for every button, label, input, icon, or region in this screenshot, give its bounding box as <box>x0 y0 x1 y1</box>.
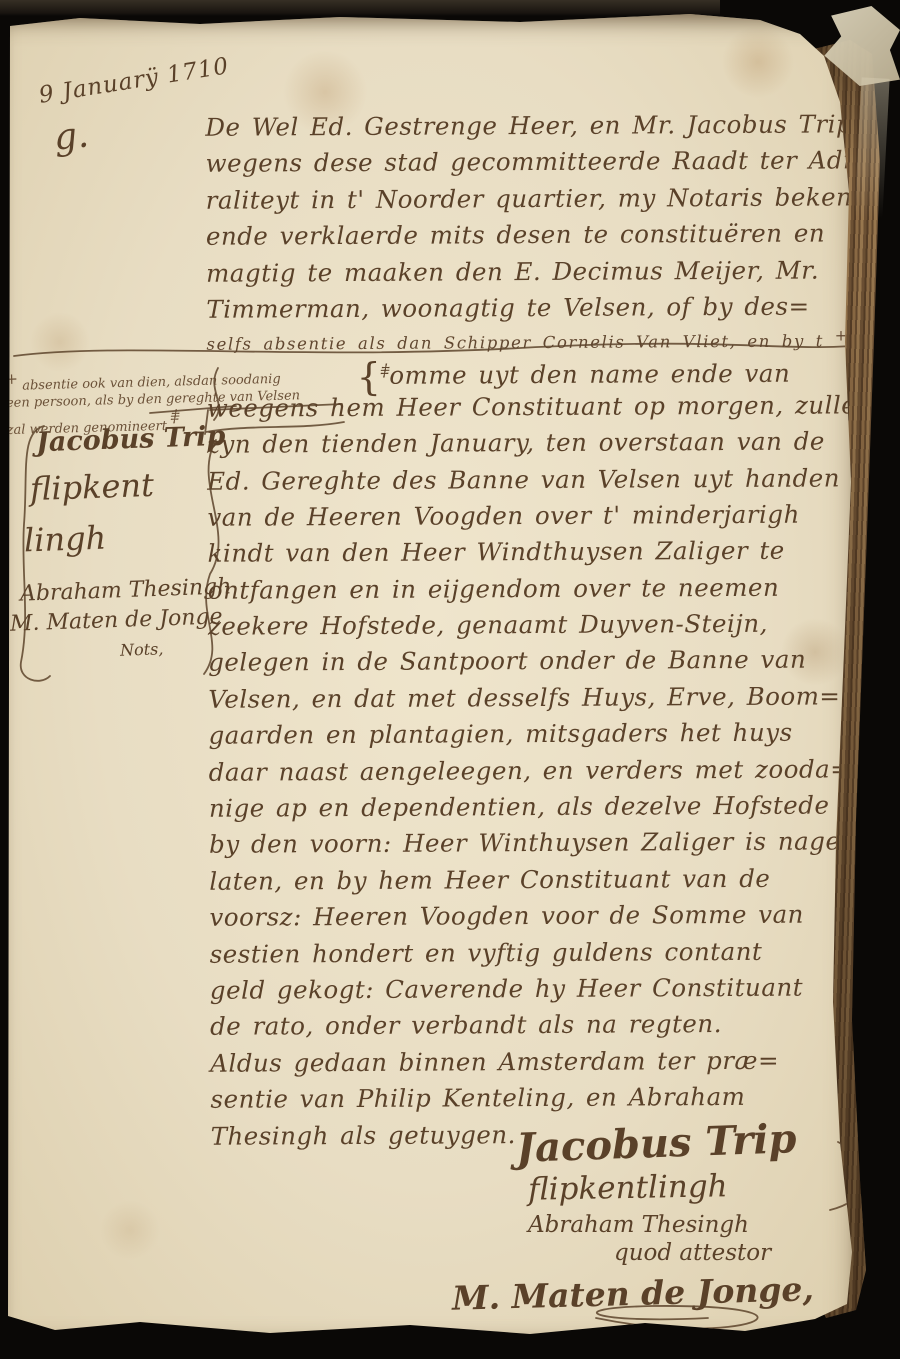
interline-insertion: selfs absentie als dan Schipper Cornelis… <box>206 325 870 354</box>
manuscript-line-text: omme uyt den name ende van <box>389 359 790 390</box>
closing-signature-flipkentlingh: flipkentlingh <box>528 1168 728 1207</box>
manuscript-line: sentie van Philip Kenteling, en Abraham <box>210 1078 874 1118</box>
manuscript-line: Aldus gedaan binnen Amsterdam ter præ= <box>210 1042 874 1082</box>
manuscript-line: sestien hondert en vyftig guldens contan… <box>210 933 874 973</box>
margin-signature-maten-de-jonge: M. Maten de Jonge <box>10 604 223 636</box>
manuscript-line: magtig te maaken den E. Decimus Meijer, … <box>206 252 870 292</box>
manuscript-line: gelegen in de Santpoort onder de Banne v… <box>208 642 872 682</box>
margin-signature-abraham-thesingh: Abraham Thesingh <box>20 574 232 606</box>
manuscript-line: geld gekogt: Caverende hy Heer Constitua… <box>210 969 874 1009</box>
manuscript-photo: 9 Januarÿ 1710 g. De Wel Ed. Gestrenge H… <box>0 0 900 1359</box>
manuscript-line: de rato, onder verbandt als na regten. <box>210 1006 874 1046</box>
insertion-caret-mark: ‡ <box>381 361 390 381</box>
manuscript-line: nige ap en dependentien, als dezelve Hof… <box>209 787 873 827</box>
margin-signature-flipkent: flipkent <box>29 466 154 508</box>
manuscript-line: by den voorn: Heer Winthuysen Zaliger is… <box>209 824 873 864</box>
manuscript-line: daar naast aengeleegen, en verders met z… <box>209 751 873 791</box>
main-text-column: De Wel Ed. Gestrenge Heer, en Mr. Jacobu… <box>205 106 874 1154</box>
manuscript-line: van de Heeren Voogden over t' minderjari… <box>207 496 871 536</box>
manuscript-line: gaarden en plantagien, mitsgaders het hu… <box>208 715 872 755</box>
manuscript-line: voorsz: Heeren Voogden voor de Somme van <box>209 896 873 936</box>
manuscript-line: ontfangen en in eijgendom over te neemen <box>208 569 872 609</box>
attestation-quod-attestor: quod attestor <box>614 1240 771 1266</box>
margin-signature-notary-abbrev: Nots, <box>120 639 164 660</box>
manuscript-line: raliteyt in t' Noorder quartier, my Nota… <box>206 179 870 219</box>
docket-initial: g. <box>52 114 91 158</box>
margin-signature-jacobus-trip: Jacobus Trip <box>36 421 226 459</box>
manuscript-line: Timmerman, woonagtig te Velsen, of by de… <box>206 288 870 328</box>
manuscript-line: {‡omme uyt den name ende van <box>357 351 871 390</box>
manuscript-line: zyn den tienden January, ten overstaan v… <box>207 423 871 463</box>
closing-signature-abraham-thesingh: Abraham Thesingh <box>528 1212 749 1238</box>
manuscript-line: wegens dese stad gecommitteerde Raadt te… <box>205 143 869 183</box>
manuscript-line: weegens hem Heer Constituant op morgen, … <box>207 387 871 427</box>
manuscript-line: De Wel Ed. Gestrenge Heer, en Mr. Jacobu… <box>205 106 869 146</box>
closing-signature-jacobus-trip: Jacobus Trip <box>515 1115 797 1172</box>
margin-signature-lingh: lingh <box>23 519 106 560</box>
repair-tape-streak <box>854 77 889 218</box>
manuscript-line: laten, en by hem Heer Constituant van de <box>209 860 873 900</box>
manuscript-line: zeekere Hofstede, genaamt Duyven-Steijn, <box>208 605 872 645</box>
margin-note-left-stroke <box>7 362 8 422</box>
manuscript-line: ende verklaerde mits desen te constituër… <box>206 215 870 255</box>
notary-signature-maten-de-jonge: M. Maten de Jonge, <box>452 1269 815 1317</box>
manuscript-line: Velsen, en dat met desselfs Huys, Erve, … <box>208 678 872 718</box>
manuscript-line: Ed. Gereghte des Banne van Velsen uyt ha… <box>207 460 871 500</box>
docket-date: 9 Januarÿ 1710 <box>37 53 231 109</box>
book-top-edge <box>0 0 720 16</box>
manuscript-page: 9 Januarÿ 1710 g. De Wel Ed. Gestrenge H… <box>0 12 862 1348</box>
margin-note-link-mark: + <box>5 370 18 388</box>
manuscript-line: kindt van den Heer Windthuysen Zaliger t… <box>208 533 872 573</box>
